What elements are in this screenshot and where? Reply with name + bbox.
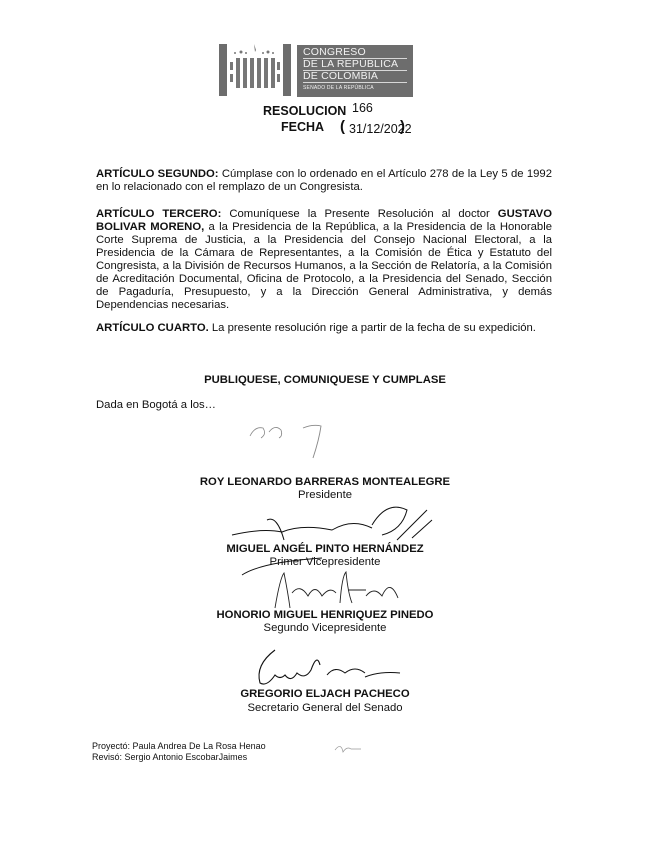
article-title: ARTÍCULO SEGUNDO: bbox=[96, 168, 219, 180]
article-title: ARTÍCULO CUARTO. bbox=[96, 322, 209, 334]
article-text: a la Presidencia de la República, a la P… bbox=[96, 221, 552, 311]
signatory-role: Primer Vicepresidente bbox=[0, 556, 650, 568]
article-text: Comuníquese la Presente Resolución al do… bbox=[221, 208, 497, 220]
article-text: La presente resolución rige a partir de … bbox=[209, 322, 536, 334]
resolucion-label: RESOLUCION bbox=[263, 104, 346, 118]
dada-en-bogota: Dada en Bogotá a los… bbox=[96, 399, 216, 411]
logo-wordmark: CONGRESO DE LA REPÚBLICA DE COLOMBIA SEN… bbox=[297, 45, 413, 97]
signatory-role: Secretario General del Senado bbox=[0, 702, 650, 714]
logo-subline: SENADO DE LA REPÚBLICA bbox=[303, 85, 374, 91]
signature-4-icon bbox=[255, 645, 405, 690]
proyecto-credit: Proyectó: Paula Andrea De La Rosa Henao bbox=[92, 741, 266, 751]
signatory-name: MIGUEL ANGÉL PINTO HERNÁNDEZ bbox=[0, 543, 650, 555]
signatory-name: HONORIO MIGUEL HENRIQUEZ PINEDO bbox=[0, 609, 650, 621]
articulo-cuarto: ARTÍCULO CUARTO. La presente resolución … bbox=[96, 322, 552, 335]
signature-1-icon bbox=[245, 418, 365, 463]
initials-signature-icon bbox=[333, 740, 363, 756]
resolucion-number: 166 bbox=[352, 101, 373, 115]
paren-open: ( bbox=[340, 118, 345, 135]
signatory-role: Segundo Vicepresidente bbox=[0, 622, 650, 634]
congreso-logo: CONGRESO DE LA REPÚBLICA DE COLOMBIA SEN… bbox=[219, 40, 413, 96]
logo-line: CONGRESO bbox=[303, 47, 366, 58]
signatory-name: ROY LEONARDO BARRERAS MONTEALEGRE bbox=[0, 476, 650, 488]
publiquese-heading: PUBLIQUESE, COMUNIQUESE Y CUMPLASE bbox=[0, 374, 650, 386]
signatory-role: Presidente bbox=[0, 489, 650, 501]
articulo-tercero: ARTÍCULO TERCERO: Comuníquese la Present… bbox=[96, 208, 552, 312]
signatory-name: GREGORIO ELJACH PACHECO bbox=[0, 688, 650, 700]
paren-close: ) bbox=[400, 118, 405, 135]
capitol-building-icon bbox=[219, 40, 291, 96]
articulo-segundo: ARTÍCULO SEGUNDO: Cúmplase con lo ordena… bbox=[96, 168, 552, 194]
logo-line: DE COLOMBIA bbox=[303, 71, 378, 82]
reviso-credit: Revisó: Sergio Antonio EscobarJaimes bbox=[92, 752, 247, 762]
article-title: ARTÍCULO TERCERO: bbox=[96, 208, 221, 220]
signature-3-icon bbox=[270, 568, 410, 613]
fecha-label: FECHA bbox=[281, 120, 324, 134]
logo-line: DE LA REPÚBLICA bbox=[303, 59, 398, 70]
